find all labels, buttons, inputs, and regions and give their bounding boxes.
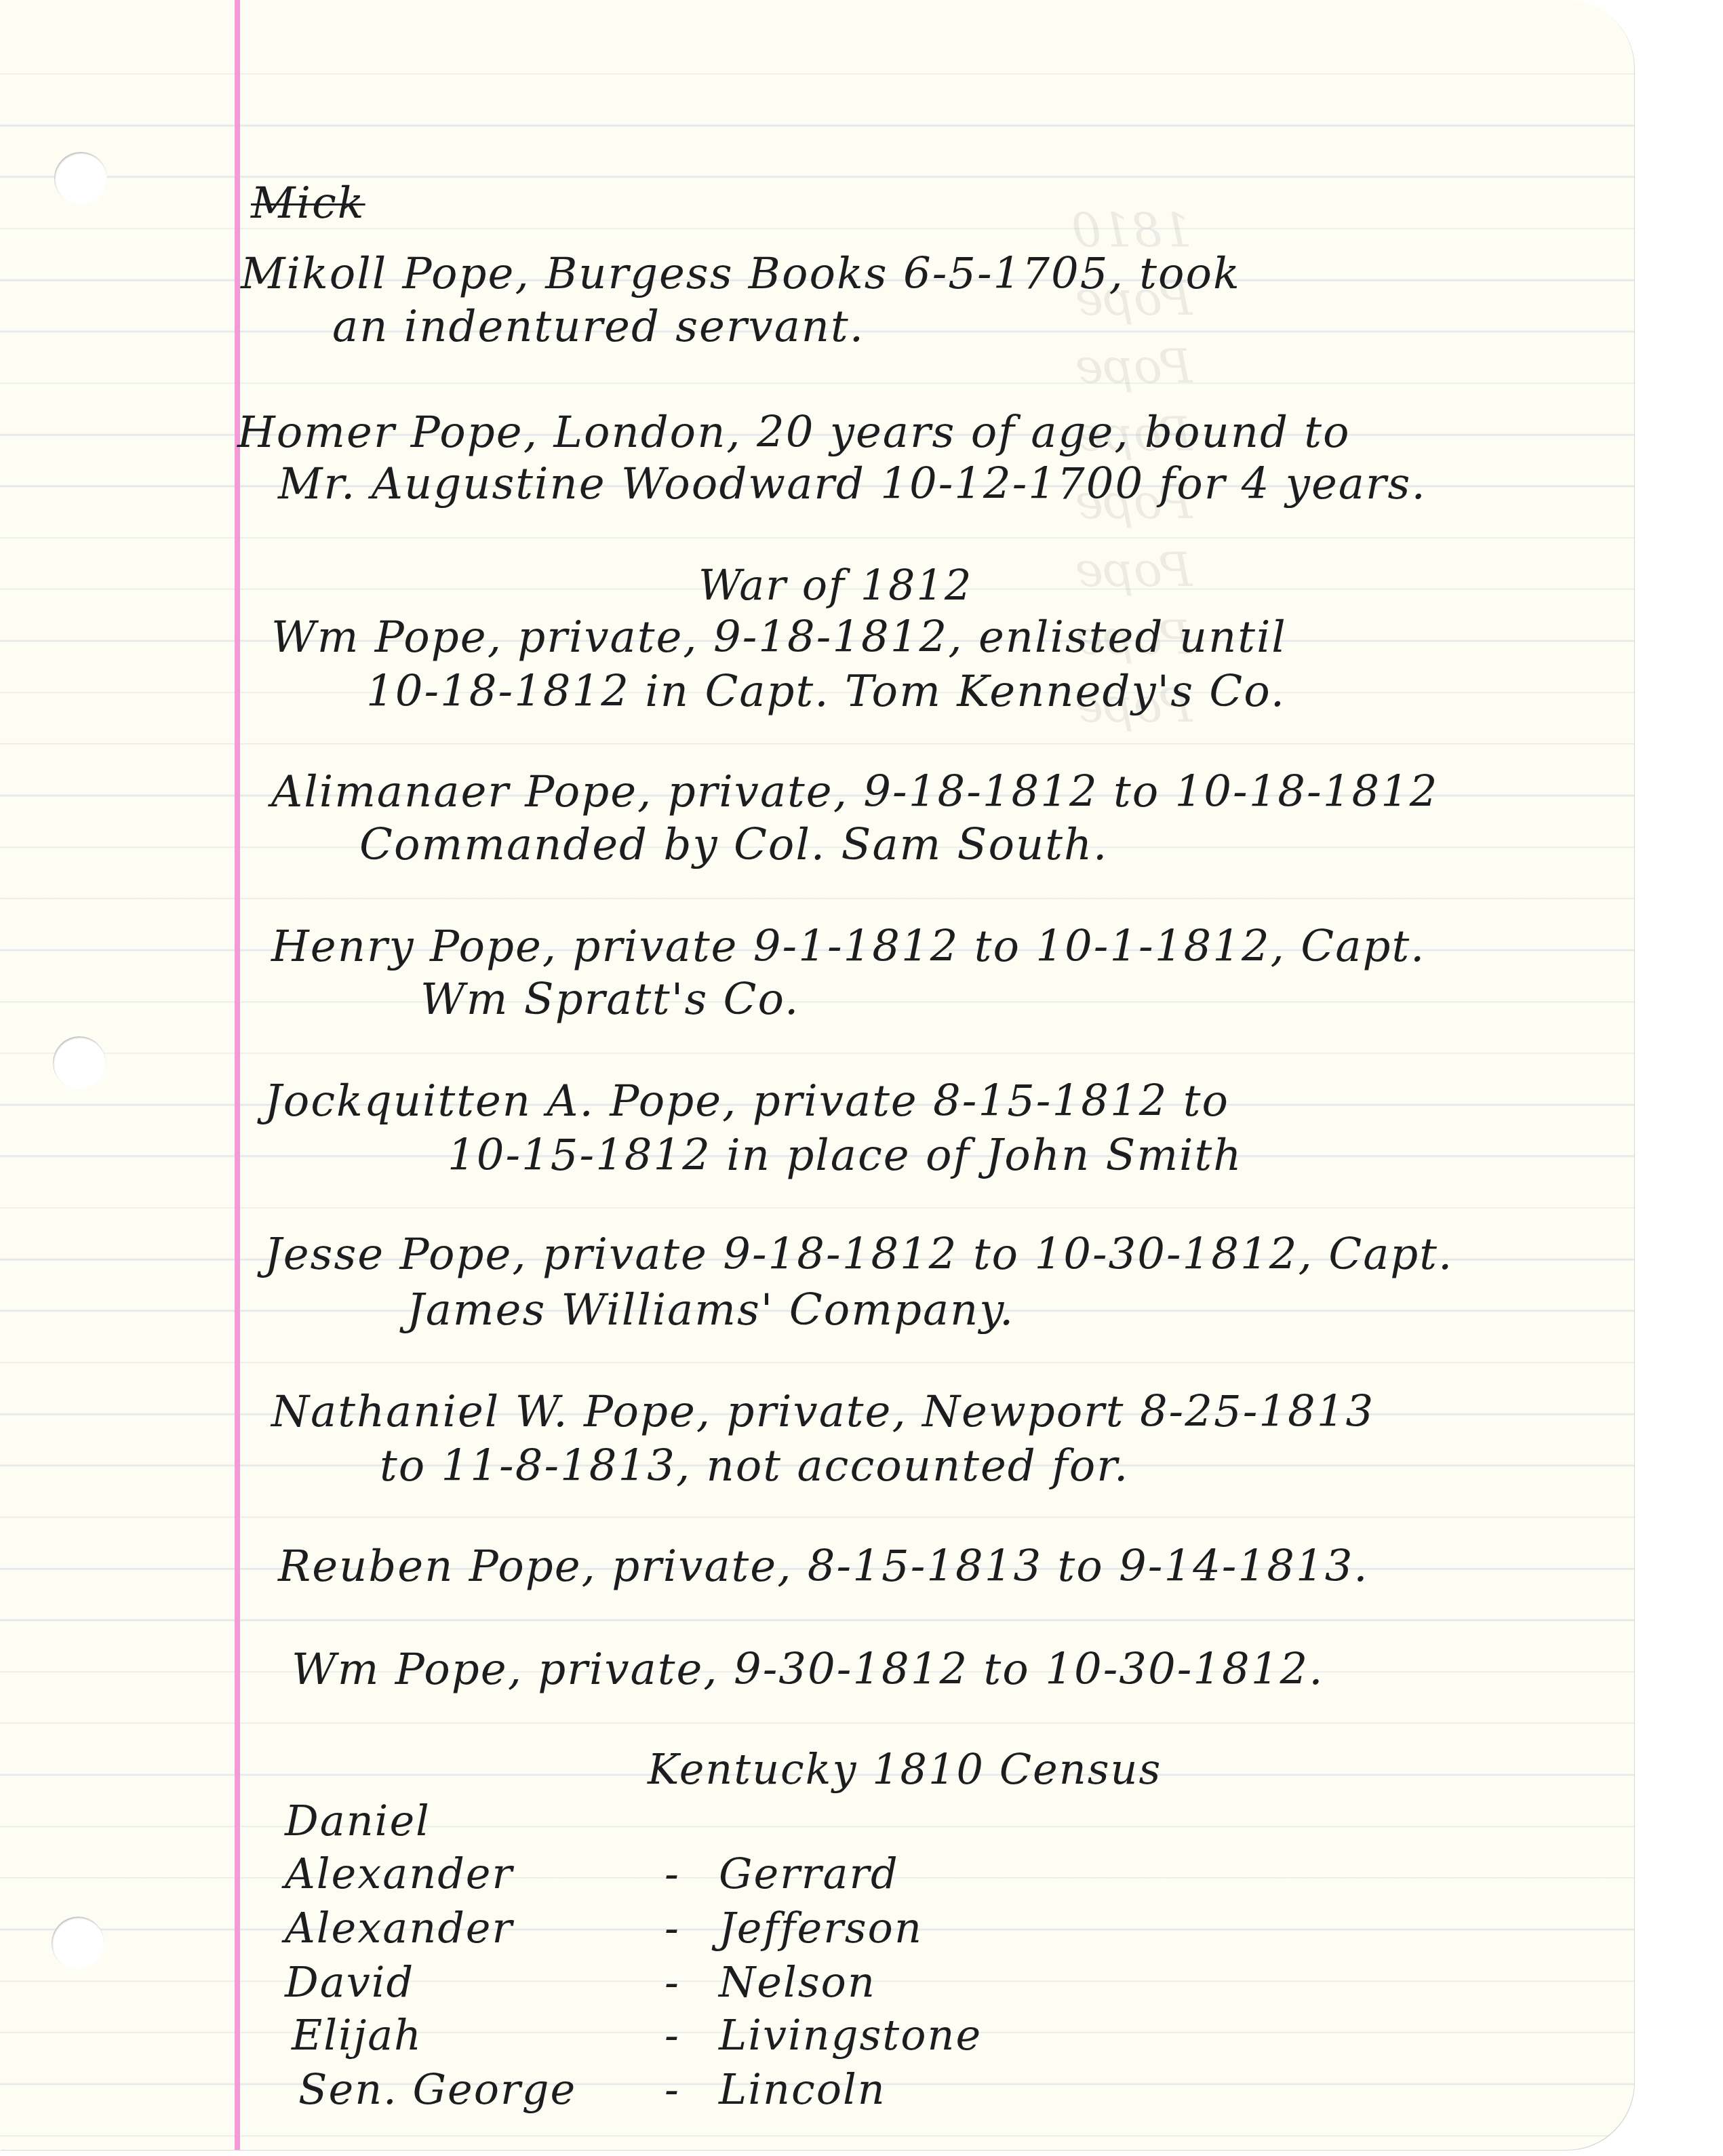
census-name: Daniel [285,1800,431,1842]
census-name: Sen. George [298,2069,576,2111]
margin-line [235,0,240,2150]
entry-line: Homer Pope, London, 20 years of age, bou… [237,411,1351,454]
entry-line: Wm Spratt's Co. [420,978,799,1021]
punch-hole-top [54,152,107,205]
entry-line: Mikoll Pope, Burgess Books 6-5-1705, too… [241,252,1241,296]
entry-line: Wm Pope, private, 9-18-1812, enlisted un… [271,616,1287,659]
census-dash: - [665,2069,680,2111]
entry-line: Nathaniel W. Pope, private, Newport 8-25… [271,1390,1374,1434]
entry-line: James Williams' Company. [407,1289,1014,1332]
struck-word: Mick [251,182,365,225]
entry-line: 10-18-1812 in Capt. Tom Kennedy's Co. [366,670,1286,713]
punch-hole-bottom [52,1917,104,1969]
census-dash: - [665,1907,680,1949]
section-heading-kentucky-1810-census: Kentucky 1810 Census [648,1748,1162,1790]
entry-line: Alimanaer Pope, private, 9-18-1812 to 10… [271,770,1439,814]
census-name: Alexander [285,1853,513,1895]
entry-line: Reuben Pope, private, 8-15-1813 to 9-14-… [278,1545,1369,1588]
census-dash: - [665,1961,680,2003]
entry-line: Commanded by Col. Sam South. [359,823,1108,867]
notebook-page: 1810 Pope Pope Pope Pope Pope Pope Pope … [0,0,1634,2150]
entry-line: Jesse Pope, private 9-18-1812 to 10-30-1… [264,1233,1453,1276]
entry-line: to 11-8-1813, not accounted for. [380,1445,1129,1488]
census-name: Alexander [285,1907,513,1949]
entry-line: an indentured servant. [332,305,865,349]
census-county: Lincoln [719,2069,886,2111]
census-name: David [285,1961,414,2003]
entry-line: Jockquitten A. Pope, private 8-15-1812 t… [264,1080,1229,1123]
census-dash: - [665,2014,680,2056]
census-county: Jefferson [719,1907,923,1949]
census-county: Nelson [719,1961,876,2003]
entry-line: Henry Pope, private 9-1-1812 to 10-1-181… [271,925,1425,968]
census-county: Gerrard [719,1853,899,1895]
census-name: Elijah [292,2014,422,2056]
entry-line: Mr. Augustine Woodward 10-12-1700 for 4 … [278,463,1427,506]
section-heading-war-of-1812: War of 1812 [698,564,972,606]
punch-hole-middle [53,1036,106,1089]
entry-line: Wm Pope, private, 9-30-1812 to 10-30-181… [292,1648,1324,1691]
entry-line: 10-15-1812 in place of John Smith [448,1134,1243,1177]
census-county: Livingstone [719,2014,982,2056]
census-dash: - [665,1853,680,1895]
